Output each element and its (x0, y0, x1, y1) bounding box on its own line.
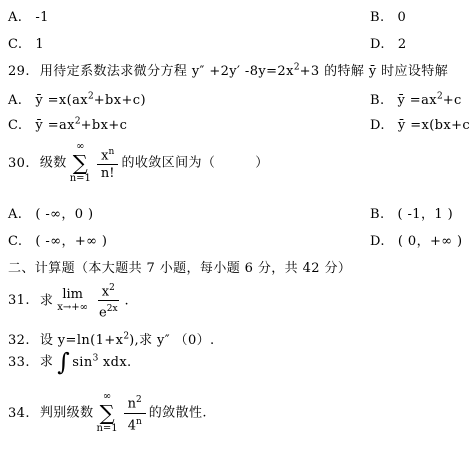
lower-limit: n=1 (96, 424, 117, 434)
option-formula: ȳ =x(ax2+bx+c) (35, 93, 146, 108)
sigma-icon: ∑ (100, 402, 115, 424)
question-text: 用待定系数法求微分方程 y″ +2y′ -8y=2x2+3 的特解 ȳ 时应设特… (40, 64, 448, 79)
question-text: 求 (40, 293, 53, 308)
sigma-icon: ∑ (73, 152, 88, 174)
exponent: 2x (107, 304, 118, 314)
question-number: 33. (8, 355, 30, 370)
question-text: ） (255, 156, 268, 171)
q29-option-a: A.ȳ =x(ax2+bx+c) (8, 89, 146, 109)
lower-limit: n=1 (70, 174, 91, 184)
denominator: 4n (124, 414, 146, 433)
option-label: B. (370, 207, 385, 222)
exponent: n (108, 147, 114, 157)
equation: y″ +2y′ -8y=2x (192, 64, 294, 79)
q30-option-c: C.( -∞，+∞ ) (8, 233, 107, 250)
question-30: 30.级数∞∑n=1xnn!的收敛区间为（） (8, 142, 269, 184)
lim-text: lim (62, 288, 83, 302)
option-label: B. (370, 93, 385, 108)
option-label: D. (370, 118, 385, 133)
question-text: 判别级数 (40, 406, 94, 421)
question-text: 的收敛区间为（ (121, 156, 215, 171)
numerator: xn (97, 145, 118, 165)
question-33: 33.求∫sin3 xdx. (8, 350, 132, 374)
limit-symbol: limx→+∞ (57, 288, 88, 313)
option-formula: ȳ =ax2+bx+c (35, 118, 127, 133)
numerator: x2 (98, 281, 119, 301)
q29-option-d: D.ȳ =x(bx+c) (370, 114, 469, 134)
question-text: 的敛散性. (149, 406, 207, 421)
exponent: 2 (136, 395, 142, 405)
option-value: 2 (398, 37, 407, 52)
option-label: A. (8, 93, 22, 108)
question-text: 级数 (40, 156, 67, 171)
option-label: D. (370, 234, 385, 249)
denominator: n! (97, 165, 119, 181)
option-value: 0 (398, 10, 407, 25)
question-number: 34. (8, 406, 30, 421)
summation-symbol: ∞∑n=1 (96, 392, 117, 434)
option-label: D. (370, 37, 385, 52)
denominator: e2x (95, 301, 122, 320)
period: . (125, 293, 130, 308)
prev-option-a: A.-1 (8, 9, 49, 26)
exponent: n (136, 417, 142, 427)
lim-subscript: x→+∞ (57, 302, 88, 313)
y-bar: ȳ (369, 64, 381, 79)
prev-option-c: C.1 (8, 36, 44, 53)
y-bar: ȳ (35, 118, 43, 133)
option-label: C. (8, 118, 22, 133)
fraction: n24n (124, 393, 146, 433)
option-label: A. (8, 207, 22, 222)
option-formula: ȳ =ax2+c (398, 93, 462, 108)
option-label: C. (8, 37, 22, 52)
option-label: C. (8, 234, 22, 249)
q30-option-d: D.( 0，+∞ ) (370, 233, 463, 250)
question-number: 31. (8, 293, 30, 308)
question-text: 求 (40, 355, 53, 370)
exponent: 2 (109, 283, 115, 293)
option-value: -1 (35, 10, 48, 25)
q30-option-a: A.( -∞，0 ) (8, 206, 93, 223)
y-bar: ȳ (35, 93, 43, 108)
question-32: 32.设 y=ln(1+x2),求 y″ （0）. (8, 329, 215, 349)
integrand: sin3 xdx. (72, 355, 131, 370)
section-title: 二、计算题（本大题共 7 小题，每小题 6 分，共 42 分） (8, 261, 351, 276)
option-value: ( -1，1 ) (398, 207, 454, 222)
exam-page: A.-1 B.0 C.1 D.2 29.用待定系数法求微分方程 y″ +2y′ … (0, 0, 469, 449)
q30-option-b: B.( -1，1 ) (370, 206, 453, 223)
question-34: 34.判别级数∞∑n=1n24n的敛散性. (8, 392, 207, 434)
option-formula: ȳ =x(bx+c) (398, 118, 469, 133)
option-label: B. (370, 10, 385, 25)
option-label: A. (8, 10, 22, 25)
y-bar: ȳ (398, 118, 406, 133)
question-29: 29.用待定系数法求微分方程 y″ +2y′ -8y=2x2+3 的特解 ȳ 时… (8, 60, 448, 80)
numerator: n2 (124, 393, 146, 413)
prev-option-b: B.0 (370, 9, 406, 26)
question-number: 30. (8, 156, 30, 171)
question-number: 32. (8, 333, 30, 348)
section-header: 二、计算题（本大题共 7 小题，每小题 6 分，共 42 分） (8, 260, 351, 277)
fraction: xnn! (97, 145, 119, 181)
option-value: ( 0，+∞ ) (398, 234, 463, 249)
option-value: 1 (35, 37, 44, 52)
option-value: ( -∞，+∞ ) (35, 234, 107, 249)
integral-icon: ∫ (57, 348, 70, 376)
question-31: 31.求limx→+∞x2e2x. (8, 281, 129, 321)
question-number: 29. (8, 64, 30, 79)
prev-option-d: D.2 (370, 36, 407, 53)
summation-symbol: ∞∑n=1 (70, 142, 91, 184)
option-value: ( -∞，0 ) (35, 207, 93, 222)
fraction: x2e2x (95, 281, 122, 321)
q29-option-c: C.ȳ =ax2+bx+c (8, 114, 127, 134)
question-text: 设 y=ln(1+x2),求 y″ （0）. (40, 333, 215, 348)
q29-option-b: B.ȳ =ax2+c (370, 89, 462, 109)
